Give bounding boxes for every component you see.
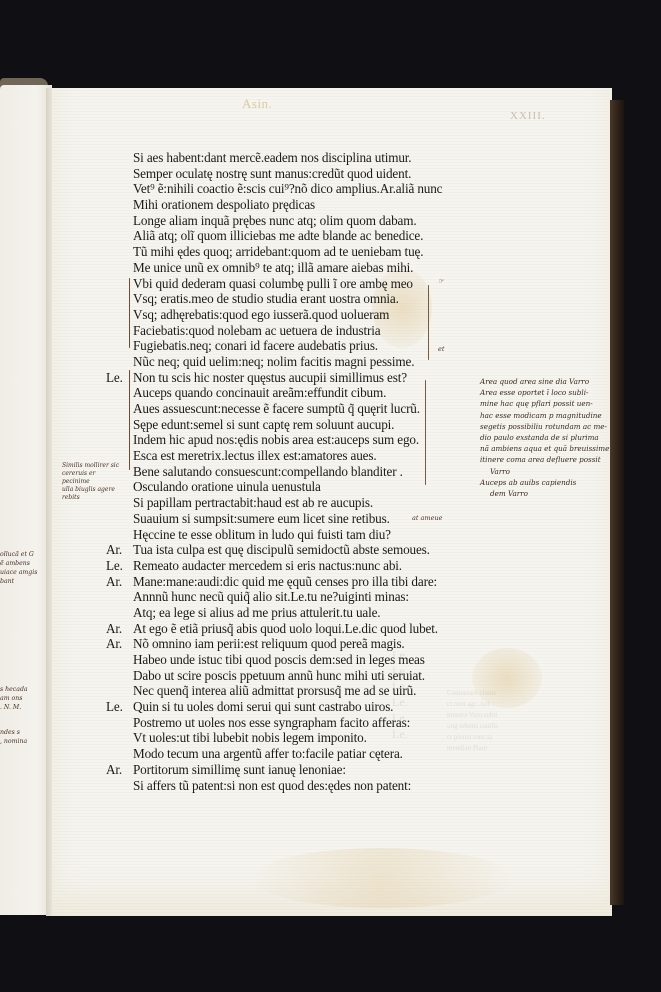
verse-line: Ar.At ego ẽ etiã priusq̃ abis quod uolo …: [108, 621, 438, 637]
note-line: Area quod area sine dia Varro: [480, 376, 615, 387]
note-line: , nomina: [0, 737, 48, 746]
verse-line: Hęccine te esse oblitum in ludo qui fuis…: [108, 527, 438, 543]
verse-line: Modo tecum una argentũ affer to:facile p…: [108, 746, 438, 762]
verse-text: Si affers tũ patent:si non est quod des:…: [133, 778, 411, 794]
note-line: cereruis er pecinime: [62, 470, 122, 486]
note-line: . N. M.: [0, 703, 48, 712]
verse-line: Mihi orationem despoliato prędicas: [108, 197, 438, 213]
left-page-note-2: s hecada am ons . N. M.: [0, 685, 48, 712]
note-line: hac esse modicam p magnitudine: [480, 410, 615, 421]
margin-bracket: [129, 370, 130, 470]
verse-line: Ar.Tua ista culpa est quę discipulũ semi…: [108, 542, 438, 558]
note-line: Area esse oportet ī loco subli-: [480, 387, 615, 398]
verse-text: Quin si tu uoles domi serui qui sunt cas…: [133, 699, 393, 715]
note-line: Similis mollirer sic: [62, 462, 122, 470]
note-line: Auceps ab auibs capiendis: [480, 477, 615, 488]
verse-text: Esca est meretrix.lectus illex est:amato…: [133, 448, 376, 464]
verse-text: Remeato audacter mercedem si eris nactus…: [133, 558, 402, 574]
verse-text: Osculando oratione uinula uenustula: [133, 479, 321, 495]
verse-text: Sępe edunt:semel si sunt captę rem soluu…: [133, 417, 394, 433]
verse-line: Si papillam pertractabit:haud est ab re …: [108, 495, 438, 511]
verse-line: Nec quenq̃ interea aliũ admittat prorsus…: [108, 683, 438, 699]
verse-line: Suauium si sumpsit:sumere eum licet sine…: [108, 511, 438, 527]
verse-text: Postremo ut uoles nos esse syngrapham fa…: [133, 715, 410, 731]
verse-line: Osculando oratione uinula uenustula: [108, 479, 438, 495]
speaker-label: Le.: [106, 558, 132, 574]
verse-line: Ar.Portitorum simillimę sunt ianuę lenon…: [108, 762, 438, 778]
verse-line: Dabo ut scire poscis ppetuum annũ hunc m…: [108, 668, 438, 684]
verse-line: Le.Non tu scis hic noster quęstus aucupi…: [108, 370, 438, 386]
note-line: am ons: [0, 694, 48, 703]
book-binding-edge: [610, 100, 624, 905]
note-line: ulla biuglis agere: [62, 486, 122, 494]
verse-line: Vet⁹ ẽ:nihili coactio ẽ:scis cui⁹?nõ dic…: [108, 181, 438, 197]
verse-text: Annnũ hunc necũ quiq̃ alio sit.Le.tu ne?…: [133, 589, 409, 605]
verse-text: Nũc neq; quid uelim:neq; nolim facitis m…: [133, 354, 414, 370]
show-through-text: Comentare clomect reru agr...hoimesura V…: [447, 688, 498, 754]
note-line: itinere coma area defluere possit: [480, 454, 615, 465]
verse-text: Semper oculatę nostrę sunt manus:credũt …: [133, 166, 411, 182]
verse-line: Indem hic apud nos:ędis nobis area est:a…: [108, 432, 438, 448]
verse-text: Auceps quando concinauit areãm:effundit …: [133, 385, 386, 401]
note-line: dem Varro: [480, 488, 615, 499]
verse-line: Habeo unde istuc tibi quod poscis dem:se…: [108, 652, 438, 668]
right-margin-note: Area quod area sine dia Varro Area esse …: [480, 376, 615, 499]
verse-text: Habeo unde istuc tibi quod poscis dem:se…: [133, 652, 425, 668]
note-line: dio paulo exstanda de si plurima: [480, 432, 615, 443]
verse-text: Hęccine te esse oblitum in ludo qui fuis…: [133, 527, 391, 543]
verse-line: Fugiebatis.neq; conari id facere audebat…: [108, 338, 438, 354]
running-head: Asin.: [242, 96, 272, 112]
verse-line: Vsq; eratis.meo de studio studia erant u…: [108, 291, 438, 307]
folio-number: XXIII.: [510, 110, 546, 122]
note-line: bant: [0, 577, 48, 586]
verse-text: Atq; ea lege si alius ad me prius attule…: [133, 605, 380, 621]
verse-line: Sępe edunt:semel si sunt captę rem soluu…: [108, 417, 438, 433]
stain: [252, 848, 512, 908]
verse-line: Aliã atq; olĩ quom illiciebas me adte bl…: [108, 228, 438, 244]
left-page: ollucã et G ẽ ambens uiace amgis bant s …: [0, 85, 52, 915]
verse-line: Esca est meretrix.lectus illex est:amato…: [108, 448, 438, 464]
verse-text: Dabo ut scire poscis ppetuum annũ hunc m…: [133, 668, 425, 684]
verse-text: Tũ mihi ędes quoq; arridebant:quom ad te…: [133, 244, 423, 260]
verse-text: Portitorum simillimę sunt ianuę lenoniae…: [133, 762, 346, 778]
note-line: ẽ ambens: [0, 559, 48, 568]
verse-text: Mane:mane:audi:dic quid me ęquũ censes p…: [133, 574, 437, 590]
margin-bracket: [129, 278, 130, 348]
verse-line: Auceps quando concinauit areãm:effundit …: [108, 385, 438, 401]
verse-line: Annnũ hunc necũ quiq̃ alio sit.Le.tu ne?…: [108, 589, 438, 605]
et-mark: et: [438, 345, 444, 353]
verse-line: Atq; ea lege si alius ad me prius attule…: [108, 605, 438, 621]
verse-line: Me unice unũ ex omnib⁹ te atq; illã amar…: [108, 260, 438, 276]
verse-text: Aliã atq; olĩ quom illiciebas me adte bl…: [133, 228, 423, 244]
verse-text: Me unice unũ ex omnib⁹ te atq; illã amar…: [133, 260, 413, 276]
note-line: mine hac quę pflari possit uen-: [480, 398, 615, 409]
verse-text: Fugiebatis.neq; conari id facere audebat…: [133, 338, 378, 354]
verse-line: Ar.Mane:mane:audi:dic quid me ęquũ cense…: [108, 574, 438, 590]
verse-line: Nũc neq; quid uelim:neq; nolim facitis m…: [108, 354, 438, 370]
speaker-label: Ar.: [106, 621, 132, 637]
verse-text: Bene salutando consuescunt:compellando b…: [133, 464, 403, 480]
verse-line: Vsq; adhęrebatis:quod ego iusserã.quod u…: [108, 307, 438, 323]
verse-text-block: Si aes habent:dant mercẽ.eadem nos disci…: [108, 150, 438, 793]
verse-line: Si aes habent:dant mercẽ.eadem nos disci…: [108, 150, 438, 166]
verse-line: Semper oculatę nostrę sunt manus:credũt …: [108, 166, 438, 182]
verse-text: Mihi orationem despoliato prędicas: [133, 197, 315, 213]
verse-line: Le.Remeato audacter mercedem si eris nac…: [108, 558, 438, 574]
note-line: segetis possibiliu rotundam ac me-: [480, 421, 615, 432]
note-line: ndes s: [0, 728, 48, 737]
note-line: Varro: [480, 466, 615, 477]
verse-line: Si affers tũ patent:si non est quod des:…: [108, 778, 438, 794]
verse-text: Aues assuescunt:necesse ẽ facere sumptũ …: [133, 401, 420, 417]
note-line: nã ambiens aqua et quā breuissime: [480, 443, 615, 454]
verse-line: Postremo ut uoles nos esse syngrapham fa…: [108, 715, 438, 731]
left-page-note-1: ollucã et G ẽ ambens uiace amgis bant: [0, 550, 48, 586]
verse-text: Vsq; adhęrebatis:quod ego iusserã.quod u…: [133, 307, 389, 323]
verse-text: Si aes habent:dant mercẽ.eadem nos disci…: [133, 150, 411, 166]
verse-text: Modo tecum una argentũ affer to:facile p…: [133, 746, 403, 762]
note-line: uiace amgis: [0, 568, 48, 577]
speaker-label: Ar.: [106, 636, 132, 652]
verse-text: Si papillam pertractabit:haud est ab re …: [133, 495, 373, 511]
verse-line: Vt uoles:ut tibi lubebit nobis legem imp…: [108, 730, 438, 746]
speaker-label: Le.: [106, 699, 132, 715]
verse-text: Faciebatis:quod nolebam ac uetuera de in…: [133, 323, 380, 339]
verse-line: Ar.Nõ omnino iam perii:est reliquum quod…: [108, 636, 438, 652]
note-line: ollucã et G: [0, 550, 48, 559]
speaker-label: Ar.: [106, 542, 132, 558]
verse-text: Vt uoles:ut tibi lubebit nobis legem imp…: [133, 730, 367, 746]
verse-line: Bene salutando consuescunt:compellando b…: [108, 464, 438, 480]
verse-line: Aues assuescunt:necesse ẽ facere sumptũ …: [108, 401, 438, 417]
verse-text: Vet⁹ ẽ:nihili coactio ẽ:scis cui⁹?nõ dic…: [133, 181, 442, 197]
speaker-label: Ar.: [106, 762, 132, 778]
verse-text: Non tu scis hic noster quęstus aucupii s…: [133, 370, 407, 386]
verse-line: Le.Quin si tu uoles domi serui qui sunt …: [108, 699, 438, 715]
right-small-note: at ameue: [412, 514, 442, 522]
verse-line: Tũ mihi ędes quoq; arridebant:quom ad te…: [108, 244, 438, 260]
verse-text: Vsq; eratis.meo de studio studia erant u…: [133, 291, 399, 307]
verse-text: Tua ista culpa est quę discipulũ semidoc…: [133, 542, 430, 558]
left-margin-note: Similis mollirer sic cereruis er pecinim…: [62, 462, 122, 502]
verse-text: Longe aliam inquã prębes nunc atq; olim …: [133, 213, 417, 229]
verse-line: Faciebatis:quod nolebam ac uetuera de in…: [108, 323, 438, 339]
verse-text: Vbi quid dederam quasi columbę pulli ĩ o…: [133, 276, 413, 292]
verse-line: Longe aliam inquã prębes nunc atq; olim …: [108, 213, 438, 229]
note-line: s hecada: [0, 685, 48, 694]
verse-line: Vbi quid dederam quasi columbę pulli ĩ o…: [108, 276, 438, 292]
margin-bracket: [425, 380, 426, 485]
speaker-label: Ar.: [106, 574, 132, 590]
margin-bracket: [428, 285, 429, 360]
verse-text: Indem hic apud nos:ędis nobis area est:a…: [133, 432, 419, 448]
note-line: rebits: [62, 494, 122, 502]
verse-text: Suauium si sumpsit:sumere eum licet sine…: [133, 511, 390, 527]
verse-text: Nõ omnino iam perii:est reliquum quod pe…: [133, 636, 405, 652]
manicule-icon: ☞: [438, 277, 444, 285]
verse-text: Nec quenq̃ interea aliũ admittat prorsus…: [133, 683, 416, 699]
verse-text: At ego ẽ etiã priusq̃ abis quod uolo loq…: [133, 621, 438, 637]
left-page-note-3: ndes s , nomina: [0, 728, 48, 746]
